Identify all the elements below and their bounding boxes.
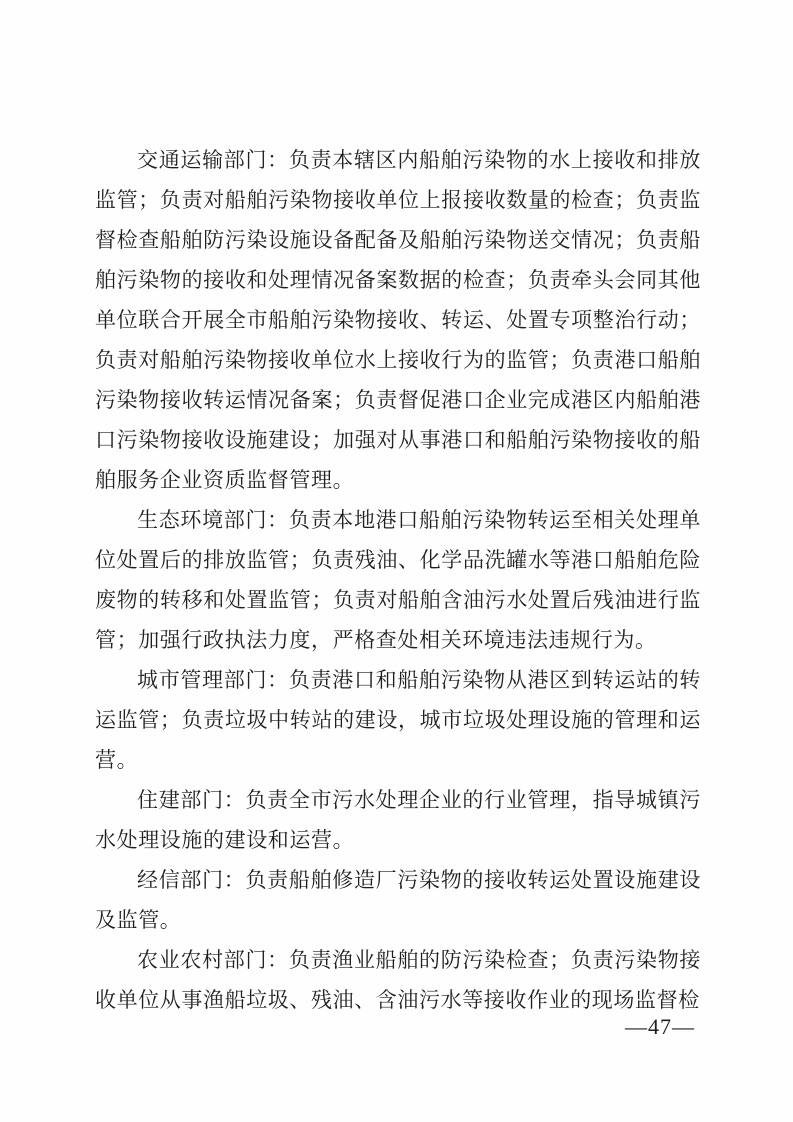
- paragraph-housing-construction-dept: 住建部门：负责全市污水处理企业的行业管理，指导城镇污水处理设施的建设和运营。: [95, 780, 701, 860]
- paragraph-agriculture-rural-dept: 农业农村部门：负责渔业船舶的防污染检查；负责污染物接收单位从事渔船垃圾、残油、含…: [95, 940, 701, 1020]
- document-body: 交通运输部门：负责本辖区内船舶污染物的水上接收和排放监管；负责对船舶污染物接收单…: [95, 140, 701, 1020]
- paragraph-city-management-dept: 城市管理部门：负责港口和船舶污染物从港区到转运站的转运监管；负责垃圾中转站的建设…: [95, 660, 701, 780]
- page-number: —47—: [625, 1012, 695, 1042]
- paragraph-economy-information-dept: 经信部门：负责船舶修造厂污染物的接收转运处置设施建设及监管。: [95, 860, 701, 940]
- paragraph-transport-dept: 交通运输部门：负责本辖区内船舶污染物的水上接收和排放监管；负责对船舶污染物接收单…: [95, 140, 701, 500]
- paragraph-ecology-environment-dept: 生态环境部门：负责本地港口船舶污染物转运至相关处理单位处置后的排放监管；负责残油…: [95, 500, 701, 660]
- document-page: 交通运输部门：负责本辖区内船舶污染物的水上接收和排放监管；负责对船舶污染物接收单…: [0, 0, 793, 1122]
